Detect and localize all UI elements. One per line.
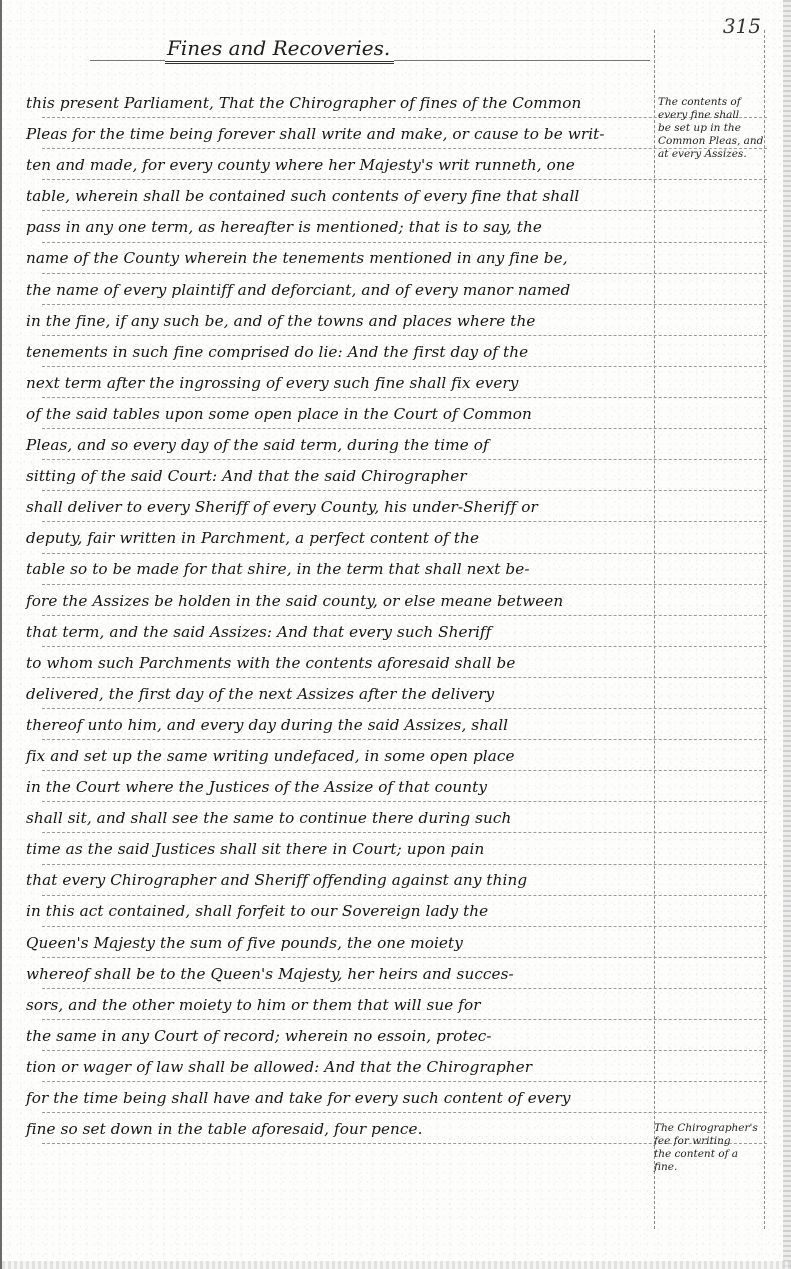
- margin-note-line: The contents of: [658, 96, 766, 109]
- text-line: table, wherein shall be contained such c…: [20, 181, 652, 212]
- text-line: next term after the ingrossing of every …: [20, 368, 652, 399]
- text-line: that term, and the said Assizes: And tha…: [20, 617, 652, 648]
- text-line: deputy, fair written in Parchment, a per…: [20, 523, 652, 554]
- text-line: whereof shall be to the Queen's Majesty,…: [20, 959, 652, 990]
- page-number: 315: [723, 14, 761, 38]
- page-title: Fines and Recoveries.: [165, 36, 394, 64]
- margin-note-line: every fine shall: [658, 109, 766, 122]
- text-line: tenements in such fine comprised do lie:…: [20, 337, 652, 368]
- text-line: pass in any one term, as hereafter is me…: [20, 212, 652, 243]
- text-line: for the time being shall have and take f…: [20, 1083, 652, 1114]
- margin-note-line: Common Pleas, and: [658, 135, 766, 148]
- manuscript-page: 315 Fines and Recoveries. this present P…: [0, 0, 791, 1269]
- margin-note-line: fine.: [654, 1161, 762, 1174]
- margin-note-line: The Chirographer's: [654, 1122, 762, 1135]
- page-bottom-edge: [2, 1261, 791, 1269]
- text-line: table so to be made for that shire, in t…: [20, 554, 652, 585]
- text-line: thereof unto him, and every day during t…: [20, 710, 652, 741]
- text-line: to whom such Parchments with the content…: [20, 648, 652, 679]
- text-line: Pleas for the time being forever shall w…: [20, 119, 652, 150]
- margin-note-contents-set-up: The contents ofevery fine shallbe set up…: [658, 96, 766, 161]
- text-line: the same in any Court of record; wherein…: [20, 1021, 652, 1052]
- text-line: in this act contained, shall forfeit to …: [20, 896, 652, 927]
- text-line: the name of every plaintiff and deforcia…: [20, 275, 652, 306]
- text-line: this present Parliament, That the Chirog…: [20, 88, 652, 119]
- text-line: time as the said Justices shall sit ther…: [20, 834, 652, 865]
- body-text: this present Parliament, That the Chirog…: [20, 88, 652, 1145]
- margin-note-line: the content of a: [654, 1148, 762, 1161]
- text-line: tion or wager of law shall be allowed: A…: [20, 1052, 652, 1083]
- text-line: shall sit, and shall see the same to con…: [20, 803, 652, 834]
- margin-note-chirographer-fee: The Chirographer'sfee for writingthe con…: [654, 1122, 762, 1174]
- text-line: shall deliver to every Sheriff of every …: [20, 492, 652, 523]
- text-line: Queen's Majesty the sum of five pounds, …: [20, 928, 652, 959]
- text-line: delivered, the first day of the next Ass…: [20, 679, 652, 710]
- margin-note-line: at every Assizes.: [658, 148, 766, 161]
- text-line: of the said tables upon some open place …: [20, 399, 652, 430]
- margin-note-line: be set up in the: [658, 122, 766, 135]
- text-line: sitting of the said Court: And that the …: [20, 461, 652, 492]
- text-line: Pleas, and so every day of the said term…: [20, 430, 652, 461]
- text-line: sors, and the other moiety to him or the…: [20, 990, 652, 1021]
- text-line: fix and set up the same writing undeface…: [20, 741, 652, 772]
- text-line: ten and made, for every county where her…: [20, 150, 652, 181]
- title-block: Fines and Recoveries.: [90, 32, 650, 72]
- page-edge-shadow: [783, 0, 791, 1269]
- margin-note-line: fee for writing: [654, 1135, 762, 1148]
- text-line: fore the Assizes be holden in the said c…: [20, 586, 652, 617]
- text-line: in the fine, if any such be, and of the …: [20, 306, 652, 337]
- text-line: in the Court where the Justices of the A…: [20, 772, 652, 803]
- text-line: fine so set down in the table aforesaid,…: [20, 1114, 652, 1145]
- text-line: name of the County wherein the tenements…: [20, 243, 652, 274]
- text-line: that every Chirographer and Sheriff offe…: [20, 865, 652, 896]
